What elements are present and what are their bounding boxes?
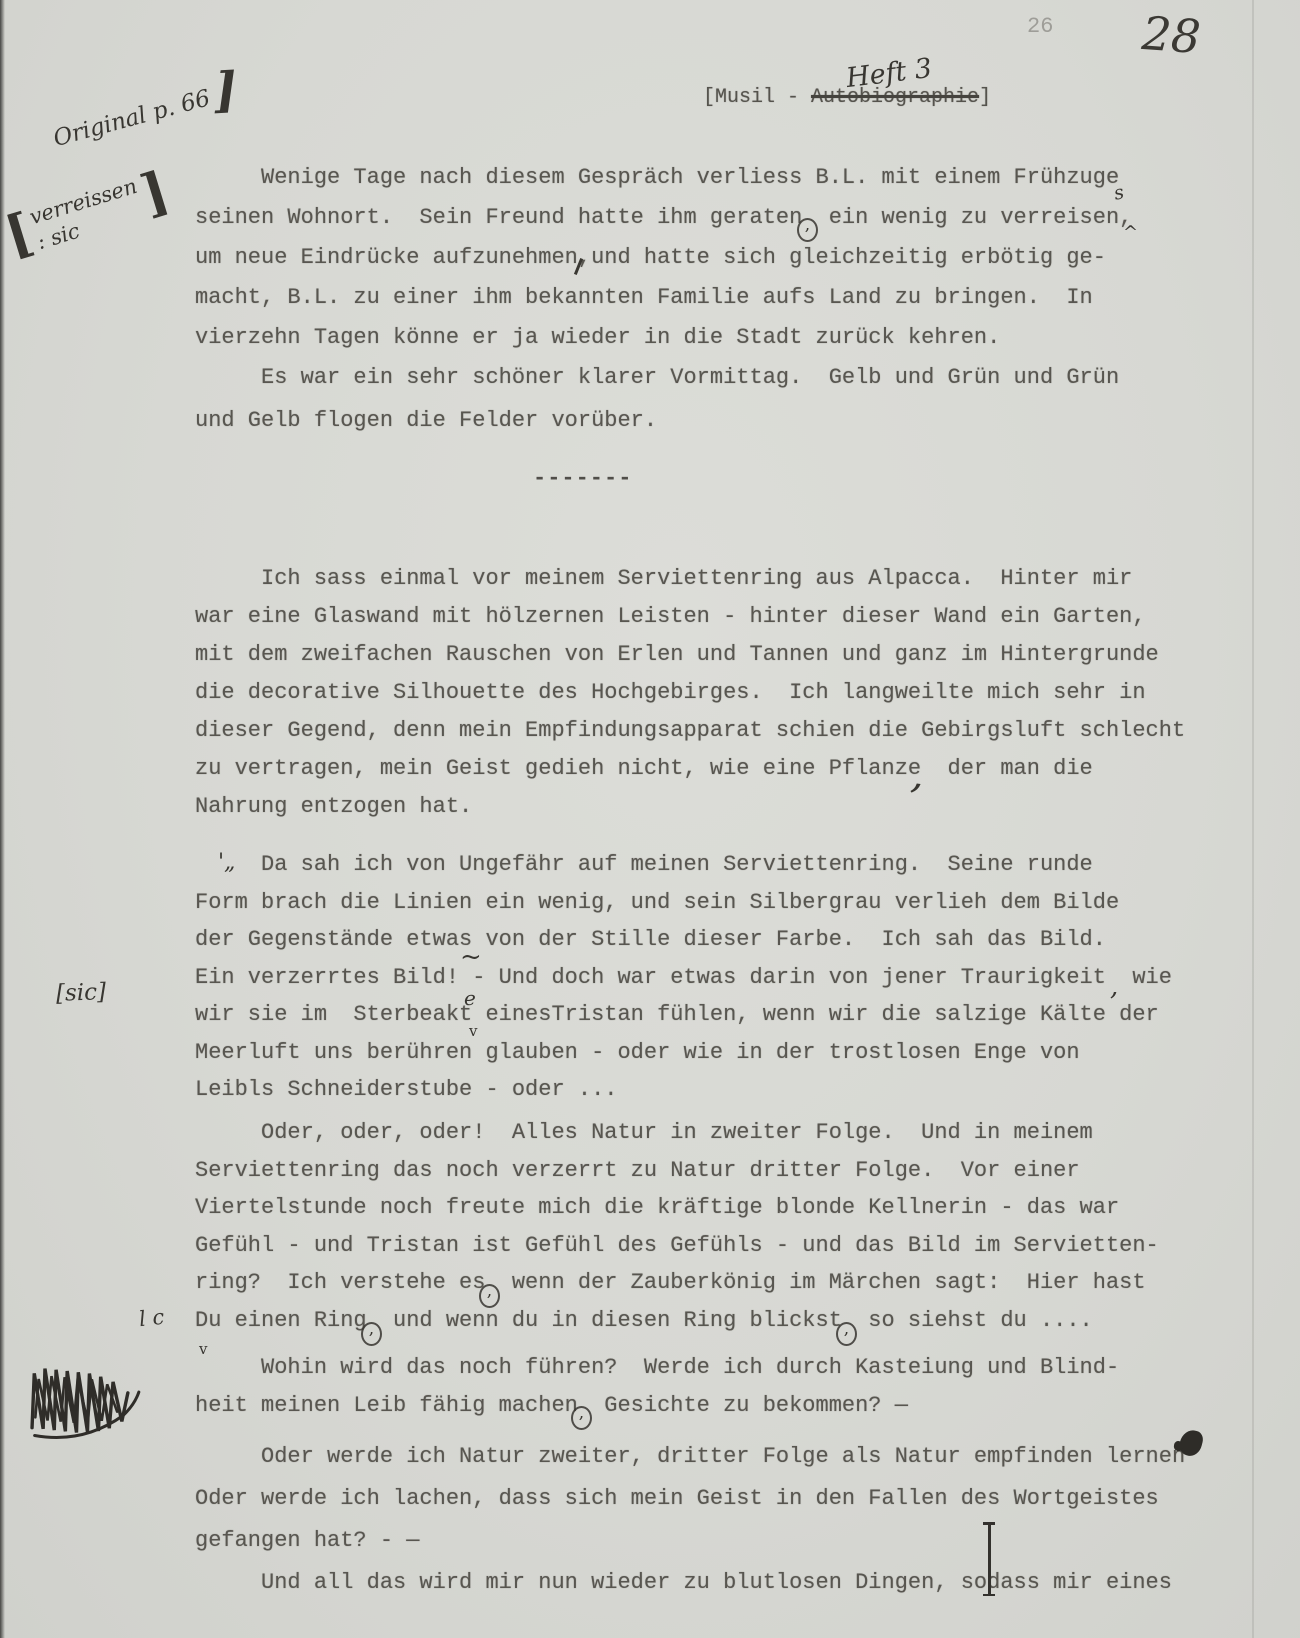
text-line: Oder, oder, oder! Alles Natur in zweiter… xyxy=(195,1114,1159,1152)
margin-note-sic: [sic] xyxy=(56,979,107,1007)
inserted-e-annotation: e xyxy=(464,986,476,1010)
quote-mark-annotation: '„ xyxy=(218,850,235,875)
text-line: Oder werde ich lachen, dass sich mein Ge… xyxy=(195,1478,1185,1520)
circled-comma-after-geraten: , xyxy=(797,218,818,242)
comma-after-traurigkeit: , xyxy=(1110,972,1118,1002)
text-line: gefangen hat? - — xyxy=(195,1520,1185,1562)
paragraph-7: Oder werde ich Natur zweiter, dritter Fo… xyxy=(195,1436,1185,1562)
margin-bracket: ] xyxy=(213,62,239,119)
text-line: war eine Glaswand mit hölzernen Leisten … xyxy=(195,598,1185,636)
text-line: mit dem zweifachen Rauschen von Erlen un… xyxy=(195,636,1185,674)
text-line: Wohin wird das noch führen? Werde ich du… xyxy=(195,1349,1119,1387)
typed-page-number: 26 xyxy=(1027,14,1053,39)
tilde-mark: ~ xyxy=(460,942,482,972)
text-line: die decorative Silhouette des Hochgebirg… xyxy=(195,674,1185,712)
text-line: Wenige Tage nach diesem Gespräch verlies… xyxy=(195,158,1132,198)
text-line: zu vertragen, mein Geist gedieh nicht, w… xyxy=(195,750,1185,788)
text-line: seinen Wohnort. Sein Freund hatte ihm ge… xyxy=(195,198,1132,238)
text-line: der Gegenstände etwas von der Stille die… xyxy=(195,921,1172,959)
text-line: vierzehn Tagen könne er ja wieder in die… xyxy=(195,318,1132,358)
circled-comma-after-ring: , xyxy=(361,1322,382,1346)
paragraph-5: Oder, oder, oder! Alles Natur in zweiter… xyxy=(195,1114,1159,1339)
caret-up-mark: ^ xyxy=(1123,222,1138,243)
text-line: macht, B.L. zu einer ihm bekannten Famil… xyxy=(195,278,1132,318)
paragraph-1: Wenige Tage nach diesem Gespräch verlies… xyxy=(195,158,1132,358)
paper-crease xyxy=(1252,0,1254,1638)
text-line: Leibls Schneiderstube - oder ... xyxy=(195,1071,1172,1109)
paragraph-4: Da sah ich von Ungefähr auf meinen Servi… xyxy=(195,846,1172,1109)
margin-note-verreissen-sic: [ verreissen : sic ] xyxy=(0,165,174,264)
text-line: Viertelstunde noch freute mich die kräft… xyxy=(195,1189,1159,1227)
paragraph-2: Es war ein sehr schöner klarer Vormittag… xyxy=(195,356,1119,442)
scan-edge-shadow xyxy=(0,0,5,1638)
text-line: und Gelb flogen die Felder vorüber. xyxy=(195,399,1119,442)
title-prefix: [Musil - xyxy=(703,86,811,109)
title-suffix: ] xyxy=(979,86,991,109)
text-line: Gefühl - und Tristan ist Gefühl des Gefü… xyxy=(195,1227,1159,1265)
text-line: Meerluft uns berühren glauben - oder wie… xyxy=(195,1034,1172,1072)
text-line: Du einen Ring und wenn du in diesen Ring… xyxy=(195,1302,1159,1340)
text-line: Nahrung entzogen hat. xyxy=(195,788,1185,826)
text-line: ring? Ich verstehe es wenn der Zauberkön… xyxy=(195,1264,1159,1302)
text-line: um neue Eindrücke aufzunehmen,und hatte … xyxy=(195,238,1132,278)
text-line: Form brach die Linien ein wenig, und sei… xyxy=(195,884,1172,922)
text-line: Da sah ich von Ungefähr auf meinen Servi… xyxy=(195,846,1172,884)
scribble-annotation xyxy=(18,1340,147,1453)
paragraph-6: Wohin wird das noch führen? Werde ich du… xyxy=(195,1349,1119,1425)
text-line: Ich sass einmal vor meinem Serviettenrin… xyxy=(195,560,1185,598)
word-division-mark xyxy=(988,1522,991,1596)
margin-note-original-ref: Original p. 66] xyxy=(46,60,244,163)
caret-down-mark: v xyxy=(469,1022,477,1040)
text-line: dieser Gegend, denn mein Empfindungsappa… xyxy=(195,712,1185,750)
circled-comma-after-es: , xyxy=(479,1284,500,1308)
text-line: Es war ein sehr schöner klarer Vormittag… xyxy=(195,356,1119,399)
handwritten-page-number: 28 xyxy=(1140,6,1202,64)
text-line: wir sie im Sterbeakt einesTristan fühlen… xyxy=(195,996,1172,1034)
caret-under-du: v xyxy=(199,1340,207,1358)
title-struck-word: Autobiographie xyxy=(811,86,979,109)
margin-note-original-text: Original p. 66 xyxy=(51,85,213,152)
text-line: Serviettenring das noch verzerrt zu Natu… xyxy=(195,1152,1159,1190)
paragraph-8: Und all das wird mir nun wieder zu blutl… xyxy=(195,1564,1172,1602)
text-line: Ein verzerrtes Bild! - Und doch war etwa… xyxy=(195,959,1172,997)
circled-comma-after-blickst: , xyxy=(836,1322,857,1346)
section-divider: ------- xyxy=(533,466,632,491)
text-line: Oder werde ich Natur zweiter, dritter Fo… xyxy=(195,1436,1185,1478)
paragraph-3: Ich sass einmal vor meinem Serviettenrin… xyxy=(195,560,1185,826)
margin-mark-lc: l c xyxy=(138,1305,166,1331)
circled-comma-after-machen: , xyxy=(571,1406,592,1430)
scanned-typescript-page: 26 28 [Musil - Autobiographie] Heft 3 Or… xyxy=(0,0,1300,1638)
text-line: heit meinen Leib fähig machen Gesichte z… xyxy=(195,1387,1119,1425)
text-line: Und all das wird mir nun wieder zu blutl… xyxy=(195,1564,1172,1602)
